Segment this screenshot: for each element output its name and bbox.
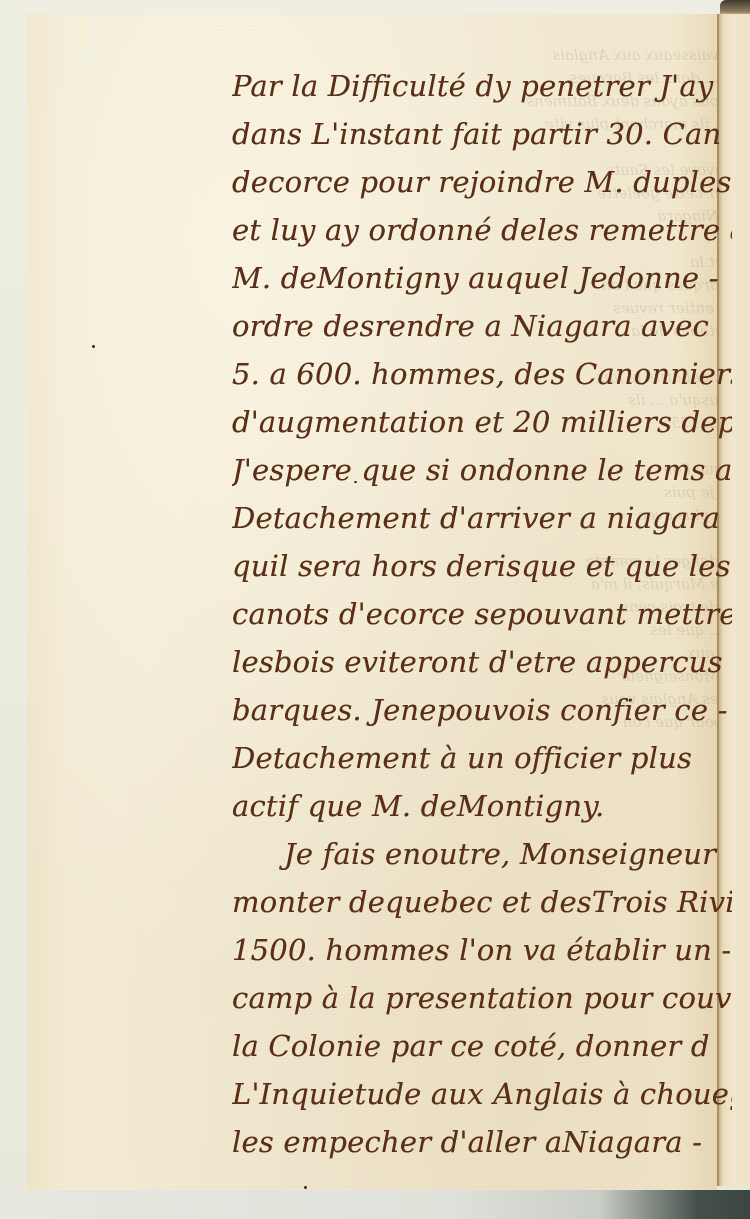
text-line-16: actif que M. deMontigny. xyxy=(232,782,732,830)
manuscript-scan: ... vaisseaux aux Anglais ... dans les B… xyxy=(0,0,750,1219)
text-line-7: 5. a 600. hommes, des Canonniers = xyxy=(232,350,732,398)
text-line-10: Detachement d'arriver a niagara xyxy=(232,494,732,542)
text-line-3: decorce pour rejoindre M. duplessis - xyxy=(232,158,732,206)
text-line-6: ordre desrendre a Niagara avec xyxy=(232,302,732,350)
text-line-13: lesbois eviteront d'etre appercus des xyxy=(232,638,732,686)
text-line-9: J'espere que si ondonne le tems a Ce xyxy=(232,446,732,494)
text-line-4: et luy ay ordonné deles remettre a xyxy=(232,206,732,254)
text-line-19: 1500. hommes l'on va établir un - xyxy=(232,926,732,974)
ink-spot xyxy=(354,481,357,483)
text-line-8: d'augmentation et 20 milliers depou xyxy=(232,398,732,446)
text-line-2: dans L'instant fait partir 30. Can xyxy=(232,110,732,158)
ink-spot xyxy=(411,947,415,951)
text-line-5: M. deMontigny auquel Jedonne - xyxy=(232,254,732,302)
text-line-15: Detachement à un officier plus xyxy=(232,734,732,782)
ink-spot xyxy=(304,1186,307,1189)
text-line-17: Je fais enoutre, Monseigneur xyxy=(232,830,732,878)
text-line-11: quil sera hors derisque et que les xyxy=(232,542,732,590)
text-line-21: la Colonie par ce coté, donner d xyxy=(232,1022,732,1070)
text-line-12: canots d'ecorce sepouvant mettre da xyxy=(232,590,732,638)
text-line-22: L'Inquietude aux Anglais à choueg xyxy=(232,1070,732,1118)
text-line-20: camp à la presentation pour couvr xyxy=(232,974,732,1022)
handwritten-text-block: Par la Difficulté dy penetrer J'ay dans … xyxy=(232,62,732,1166)
text-line-23: les empecher d'aller aNiagara - xyxy=(232,1118,732,1166)
ink-spot xyxy=(92,345,95,348)
text-line-18: monter dequebec et desTrois Rivier xyxy=(232,878,732,926)
text-line-14: barques. Jenepouvois confier ce - xyxy=(232,686,732,734)
text-line-1: Par la Difficulté dy penetrer J'ay xyxy=(232,62,732,110)
scanner-backdrop xyxy=(0,1190,750,1219)
